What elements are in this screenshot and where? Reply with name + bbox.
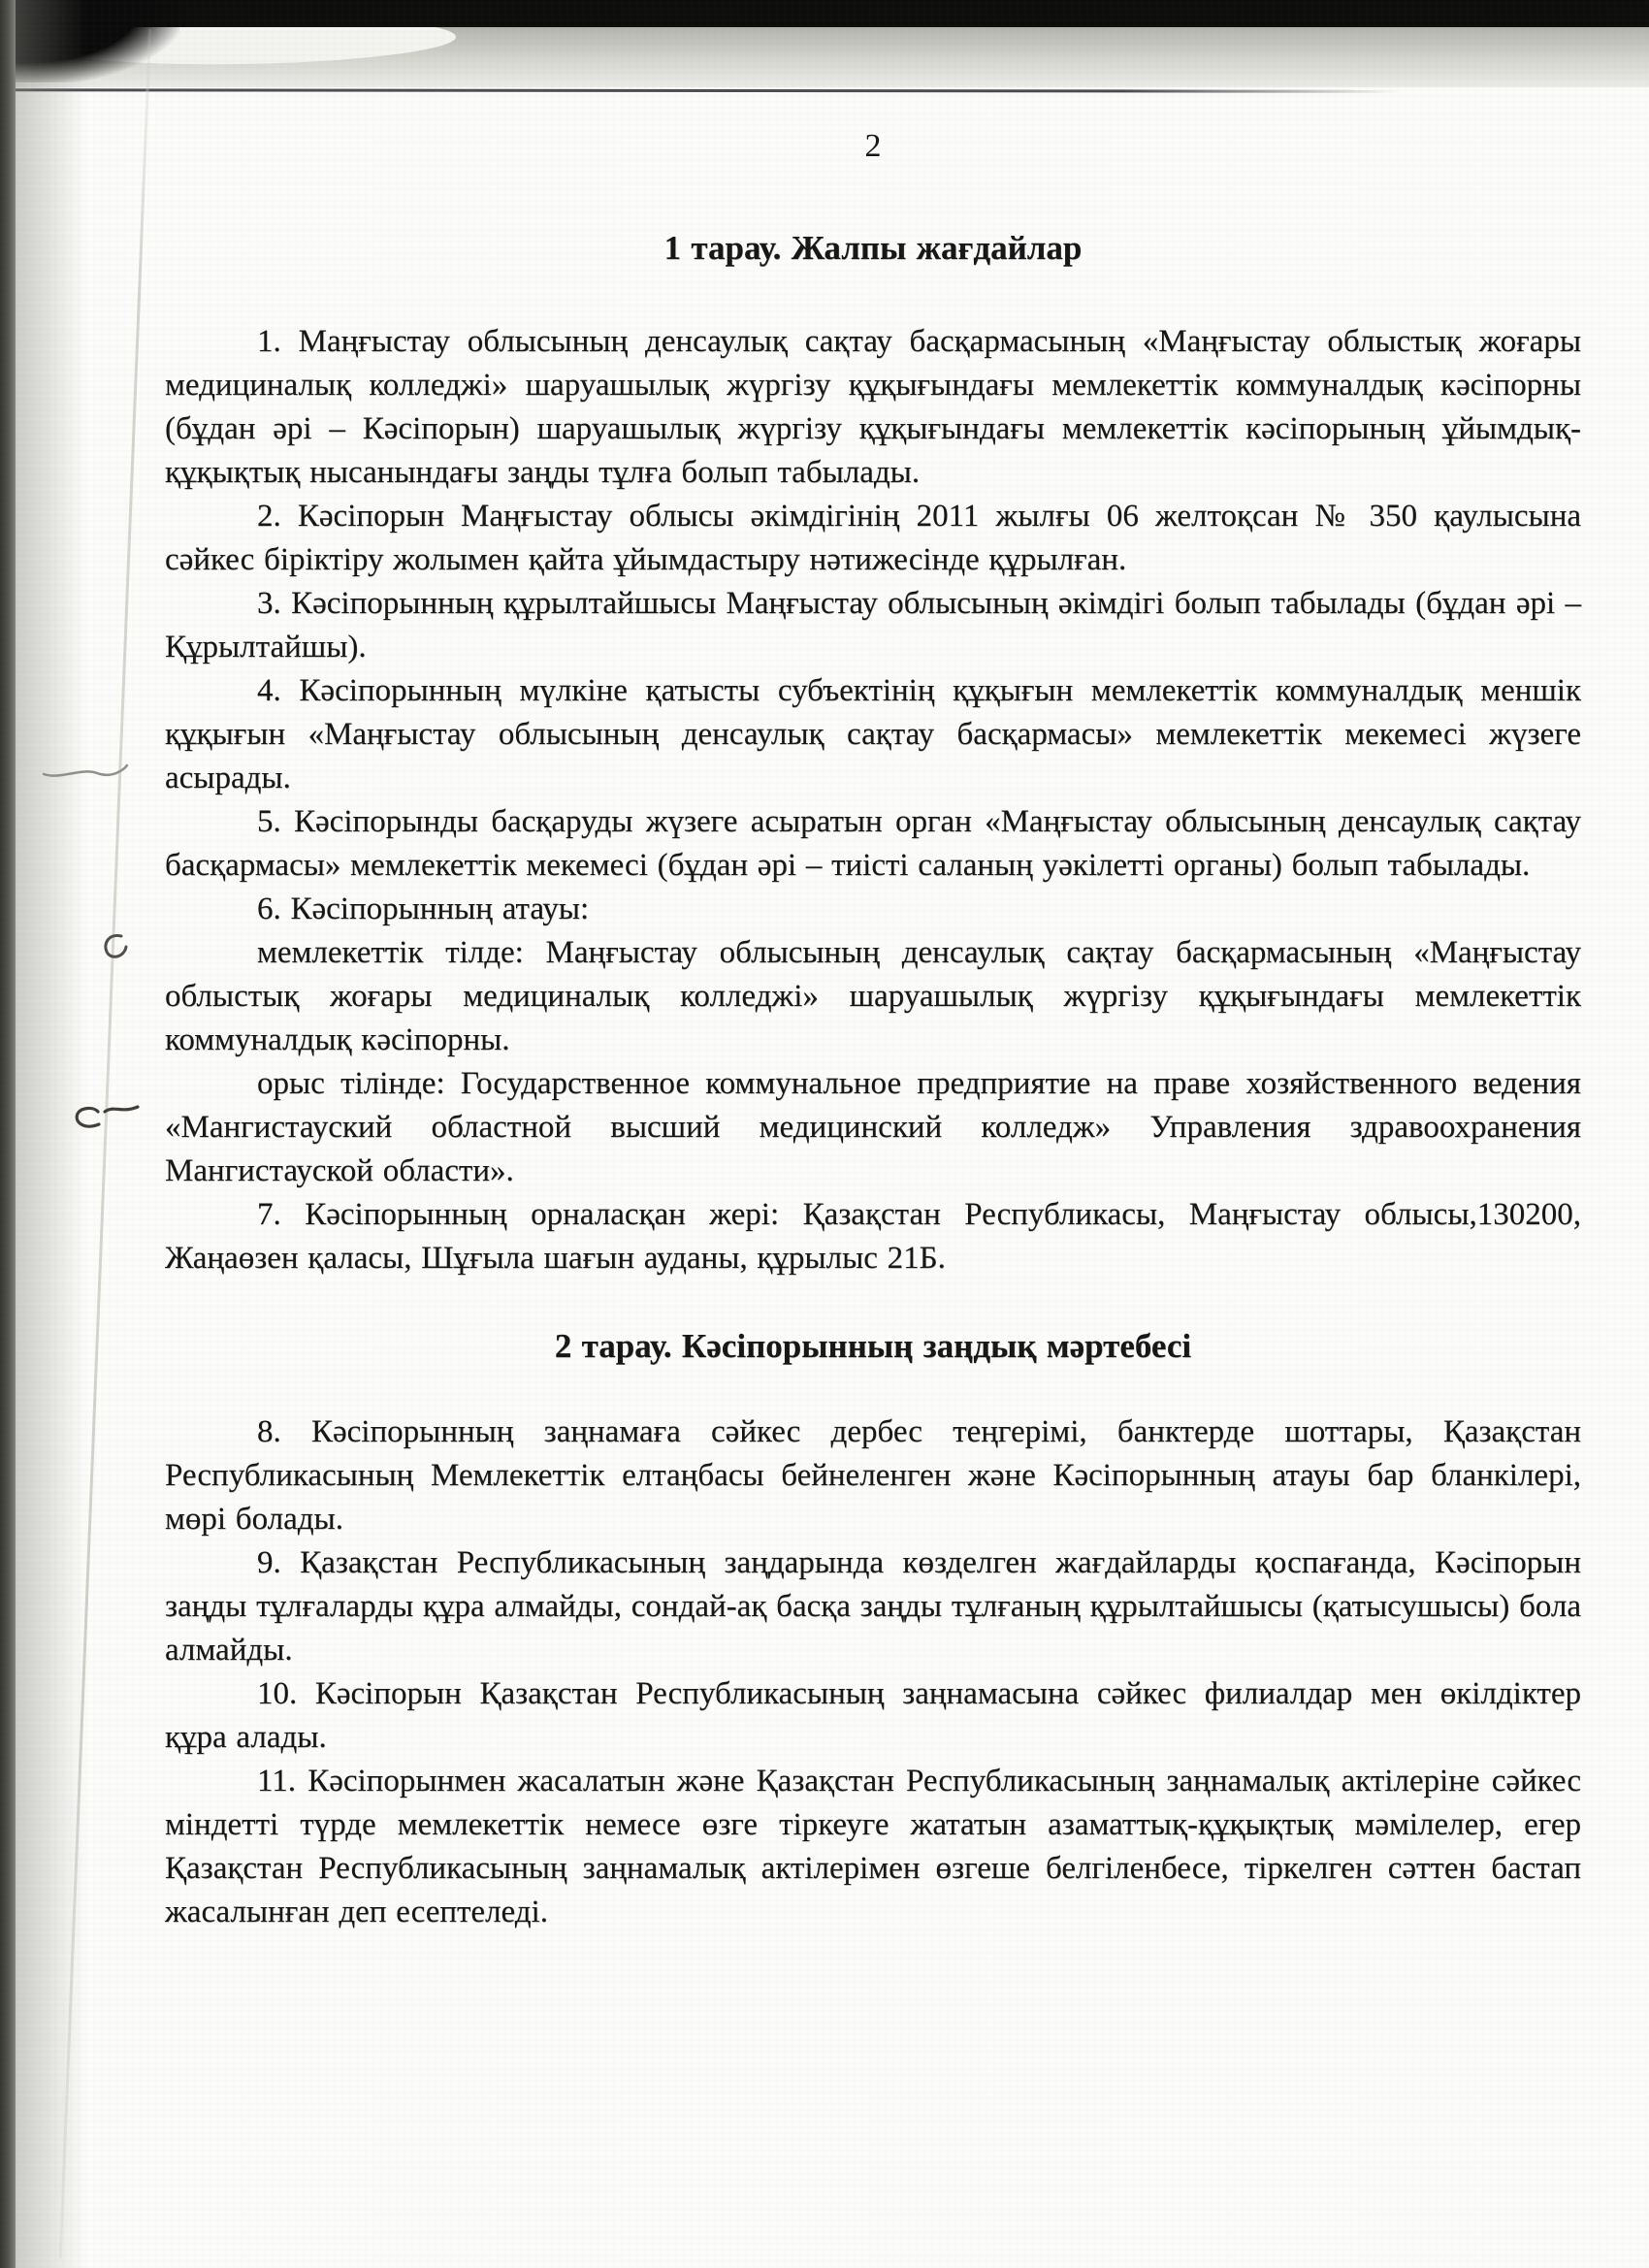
- paragraph-7: 7. Кәсіпорынның орналасқан жері: Қазақст…: [165, 1193, 1581, 1280]
- paragraph-2: 2. Кәсіпорын Маңғыстау облысы әкімдігіні…: [165, 495, 1581, 582]
- scanner-edge-left: [0, 0, 16, 2268]
- paragraph-10: 10. Кәсіпорын Қазақстан Республикасының …: [165, 1672, 1581, 1760]
- paragraph-3: 3. Кәсіпорынның құрылтайшысы Маңғыстау о…: [165, 582, 1581, 669]
- paragraph-9: 9. Қазақстан Республикасының заңдарында …: [165, 1541, 1581, 1672]
- paragraph-1: 1. Маңғыстау облысының денсаулық сақтау …: [165, 320, 1581, 495]
- left-edge-shadow: [15, 0, 87, 2268]
- document-body: 1 тарау. Жалпы жағдайлар 1. Маңғыстау об…: [165, 226, 1581, 1934]
- paragraph-8: 8. Кәсіпорынның заңнамаға сәйкес дербес …: [165, 1410, 1581, 1541]
- paper-top-shadow-line: [14, 88, 1401, 92]
- scanned-page: 2 1 тарау. Жалпы жағдайлар 1. Маңғыстау …: [0, 0, 1649, 2268]
- pen-mark: [41, 759, 130, 788]
- scanner-edge-top: [0, 0, 1649, 27]
- pen-mark: [70, 1101, 144, 1134]
- chapter-1-heading: 1 тарау. Жалпы жағдайлар: [165, 226, 1581, 270]
- paragraph-11: 11. Кәсіпорынмен жасалатын және Қазақста…: [165, 1760, 1581, 1934]
- paragraph-6: 6. Кәсіпорынның атауы:: [165, 888, 1581, 931]
- paragraph-6-russian: орыс тілінде: Государственное коммунальн…: [165, 1062, 1581, 1193]
- chapter-2-heading: 2 тарау. Кәсіпорынның заңдық мәртебесі: [165, 1324, 1581, 1368]
- paragraph-6-kazakh: мемлекеттік тілде: Маңғыстау облысының д…: [165, 931, 1581, 1062]
- paragraph-4: 4. Кәсіпорынның мүлкіне қатысты субъекті…: [165, 669, 1581, 800]
- pen-mark: [100, 931, 133, 964]
- paragraph-5: 5. Кәсіпорынды басқаруды жүзеге асыратын…: [165, 800, 1581, 888]
- page-number: 2: [165, 124, 1581, 168]
